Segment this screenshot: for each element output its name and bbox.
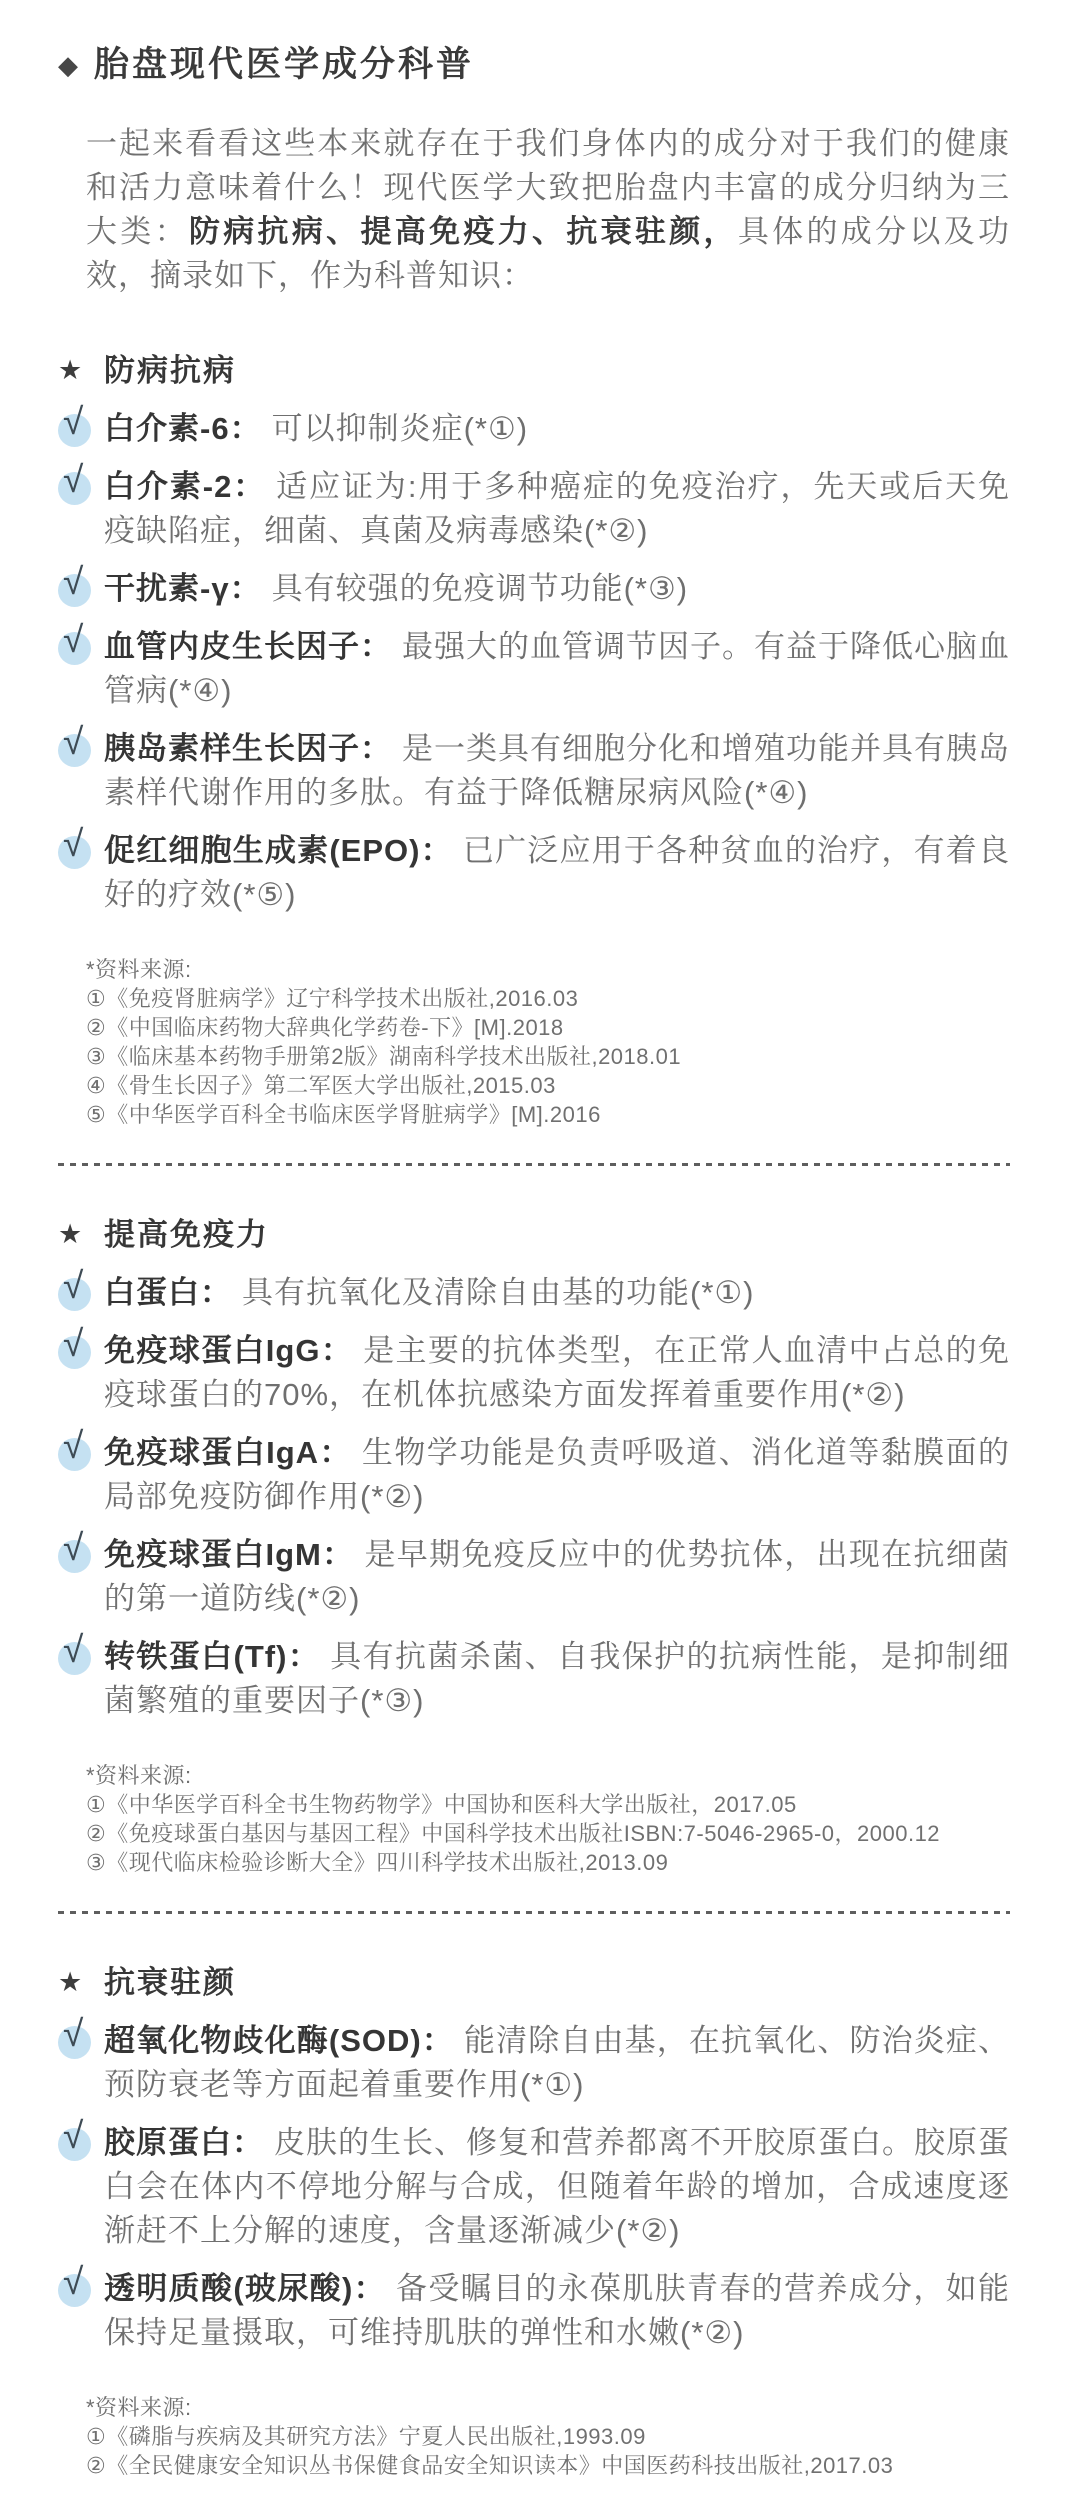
source-line: ①《中华医学百科全书生物药物学》中国协和医科大学出版社，2017.05	[86, 1790, 1010, 1819]
check-icon: √	[58, 727, 104, 771]
item-text: 白蛋白：具有抗氧化及清除自由基的功能(*①)	[104, 1271, 1010, 1315]
check-icon: √	[58, 2019, 104, 2063]
item-term: 白介素-6：	[104, 411, 262, 446]
item-term: 胶原蛋白：	[104, 2125, 264, 2160]
item-term: 血管内皮生长因子：	[104, 629, 392, 664]
item-term: 促红细胞生成素(EPO)：	[104, 833, 453, 868]
list-item: √ 白蛋白：具有抗氧化及清除自由基的功能(*①)	[58, 1271, 1010, 1315]
check-icon: √	[58, 625, 104, 669]
item-desc: 具有较强的免疫调节功能(*③)	[272, 571, 689, 606]
check-icon: √	[58, 407, 104, 451]
section-divider	[58, 1911, 1010, 1914]
intro-paragraph: 一起来看看这些本来就存在于我们身体内的成分对于我们的健康和活力意味着什么！现代医…	[86, 122, 1010, 298]
source-line: ①《磷脂与疾病及其研究方法》宁夏人民出版社,1993.09	[86, 2422, 1010, 2451]
section-header: ★ 提高免疫力	[58, 1212, 1010, 1257]
star-icon: ★	[58, 1212, 104, 1257]
list-item: √ 免疫球蛋白IgA：生物学功能是负责呼吸道、消化道等黏膜面的局部免疫防御作用(…	[58, 1431, 1010, 1519]
list-item: √ 白介素-2：适应证为:用于多种癌症的免疫治疗，先天或后天免疫缺陷症，细菌、真…	[58, 465, 1010, 553]
source-line: ⑤《中华医学百科全书临床医学肾脏病学》[M].2016	[86, 1100, 1010, 1129]
check-icon: √	[58, 1431, 104, 1475]
item-text: 血管内皮生长因子：最强大的血管调节因子。有益于降低心脑血管病(*④)	[104, 625, 1010, 713]
sources-label: *资料来源:	[86, 1761, 1010, 1790]
section-item-list: √ 白介素-6：可以抑制炎症(*①) √ 白介素-2：适应证为:用于多种癌症的免…	[58, 407, 1010, 917]
item-text: 白介素-2：适应证为:用于多种癌症的免疫治疗，先天或后天免疫缺陷症，细菌、真菌及…	[104, 465, 1010, 553]
list-item: √ 血管内皮生长因子：最强大的血管调节因子。有益于降低心脑血管病(*④)	[58, 625, 1010, 713]
item-term: 透明质酸(玻尿酸)：	[104, 2271, 386, 2306]
sources-label: *资料来源:	[86, 955, 1010, 984]
item-term: 胰岛素样生长因子：	[104, 731, 392, 766]
section-title: 防病抗病	[104, 348, 236, 393]
item-text: 白介素-6：可以抑制炎症(*①)	[104, 407, 1010, 451]
list-item: √ 胰岛素样生长因子：是一类具有细胞分化和增殖功能并具有胰岛素样代谢作用的多肽。…	[58, 727, 1010, 815]
item-text: 胰岛素样生长因子：是一类具有细胞分化和增殖功能并具有胰岛素样代谢作用的多肽。有益…	[104, 727, 1010, 815]
item-text: 超氧化物歧化酶(SOD)：能清除自由基，在抗氧化、防治炎症、预防衰老等方面起着重…	[104, 2019, 1010, 2107]
intro-text-bold: 防病抗病、提高免疫力、抗衰驻颜，	[189, 214, 738, 249]
list-item: √ 胶原蛋白：皮肤的生长、修复和营养都离不开胶原蛋白。胶原蛋白会在体内不停地分解…	[58, 2121, 1010, 2253]
list-item: √ 干扰素-γ：具有较强的免疫调节功能(*③)	[58, 567, 1010, 611]
section-title: 抗衰驻颜	[104, 1960, 236, 2005]
document-title-row: ◆ 胎盘现代医学成分科普	[58, 42, 1010, 88]
item-text: 免疫球蛋白IgG：是主要的抗体类型，在正常人血清中占总的免疫球蛋白的70%，在机…	[104, 1329, 1010, 1417]
item-text: 免疫球蛋白IgA：生物学功能是负责呼吸道、消化道等黏膜面的局部免疫防御作用(*②…	[104, 1431, 1010, 1519]
check-icon: √	[58, 567, 104, 611]
list-item: √ 白介素-6：可以抑制炎症(*①)	[58, 407, 1010, 451]
item-text: 胶原蛋白：皮肤的生长、修复和营养都离不开胶原蛋白。胶原蛋白会在体内不停地分解与合…	[104, 2121, 1010, 2253]
source-line: ②《免疫球蛋白基因与基因工程》中国科学技术出版社ISBN:7-5046-2965…	[86, 1819, 1010, 1848]
item-term: 超氧化物歧化酶(SOD)：	[104, 2023, 454, 2058]
item-term: 免疫球蛋白IgG：	[104, 1333, 353, 1368]
check-icon: √	[58, 829, 104, 873]
page-title: 胎盘现代医学成分科普	[94, 42, 474, 88]
source-line: ④《骨生长因子》第二军医大学出版社,2015.03	[86, 1071, 1010, 1100]
list-item: √ 促红细胞生成素(EPO)：已广泛应用于各种贫血的治疗，有着良好的疗效(*⑤)	[58, 829, 1010, 917]
check-icon: √	[58, 465, 104, 509]
check-icon: √	[58, 1271, 104, 1315]
section-header: ★ 防病抗病	[58, 348, 1010, 393]
section-divider	[58, 1163, 1010, 1166]
source-line: ③《现代临床检验诊断大全》四川科学技术出版社,2013.09	[86, 1848, 1010, 1877]
item-desc: 可以抑制炎症(*①)	[272, 411, 529, 446]
item-term: 免疫球蛋白IgA：	[104, 1435, 352, 1470]
list-item: √ 超氧化物歧化酶(SOD)：能清除自由基，在抗氧化、防治炎症、预防衰老等方面起…	[58, 2019, 1010, 2107]
list-item: √ 转铁蛋白(Tf)：具有抗菌杀菌、自我保护的抗病性能，是抑制细菌繁殖的重要因子…	[58, 1635, 1010, 1723]
diamond-bullet-icon: ◆	[58, 42, 78, 88]
section-fangbing-kangbing: ★ 防病抗病 √ 白介素-6：可以抑制炎症(*①) √ 白介素-2：适应证为:用…	[58, 348, 1010, 1129]
item-text: 干扰素-γ：具有较强的免疫调节功能(*③)	[104, 567, 1010, 611]
item-text: 透明质酸(玻尿酸)：备受瞩目的永葆肌肤青春的营养成分，如能保持足量摄取，可维持肌…	[104, 2267, 1010, 2355]
list-item: √ 免疫球蛋白IgM：是早期免疫反应中的优势抗体，出现在抗细菌的第一道防线(*②…	[58, 1533, 1010, 1621]
sources-block: *资料来源: ①《免疫肾脏病学》辽宁科学技术出版社,2016.03 ②《中国临床…	[86, 955, 1010, 1129]
item-text: 促红细胞生成素(EPO)：已广泛应用于各种贫血的治疗，有着良好的疗效(*⑤)	[104, 829, 1010, 917]
section-header: ★ 抗衰驻颜	[58, 1960, 1010, 2005]
item-term: 白蛋白：	[104, 1275, 232, 1310]
item-text: 免疫球蛋白IgM：是早期免疫反应中的优势抗体，出现在抗细菌的第一道防线(*②)	[104, 1533, 1010, 1621]
item-term: 干扰素-γ：	[104, 571, 262, 606]
section-item-list: √ 超氧化物歧化酶(SOD)：能清除自由基，在抗氧化、防治炎症、预防衰老等方面起…	[58, 2019, 1010, 2355]
section-tigao-mianyili: ★ 提高免疫力 √ 白蛋白：具有抗氧化及清除自由基的功能(*①) √ 免疫球蛋白…	[58, 1212, 1010, 1877]
star-icon: ★	[58, 1960, 104, 2005]
item-term: 白介素-2：	[104, 469, 266, 504]
check-icon: √	[58, 1533, 104, 1577]
source-line: ②《全民健康安全知识丛书保健食品安全知识读本》中国医药科技出版社,2017.03	[86, 2451, 1010, 2480]
check-icon: √	[58, 1329, 104, 1373]
check-icon: √	[58, 1635, 104, 1679]
source-line: ③《临床基本药物手册第2版》湖南科学技术出版社,2018.01	[86, 1042, 1010, 1071]
section-title: 提高免疫力	[104, 1212, 269, 1257]
section-kangshuai-zhuyan: ★ 抗衰驻颜 √ 超氧化物歧化酶(SOD)：能清除自由基，在抗氧化、防治炎症、预…	[58, 1960, 1010, 2480]
sources-label: *资料来源:	[86, 2393, 1010, 2422]
check-icon: √	[58, 2267, 104, 2311]
item-term: 免疫球蛋白IgM：	[104, 1537, 354, 1572]
sources-block: *资料来源: ①《磷脂与疾病及其研究方法》宁夏人民出版社,1993.09 ②《全…	[86, 2393, 1010, 2480]
star-icon: ★	[58, 348, 104, 393]
list-item: √ 免疫球蛋白IgG：是主要的抗体类型，在正常人血清中占总的免疫球蛋白的70%，…	[58, 1329, 1010, 1417]
source-line: ②《中国临床药物大辞典化学药卷-下》[M].2018	[86, 1013, 1010, 1042]
list-item: √ 透明质酸(玻尿酸)：备受瞩目的永葆肌肤青春的营养成分，如能保持足量摄取，可维…	[58, 2267, 1010, 2355]
source-line: ①《免疫肾脏病学》辽宁科学技术出版社,2016.03	[86, 984, 1010, 1013]
item-desc: 具有抗氧化及清除自由基的功能(*①)	[242, 1275, 755, 1310]
item-term: 转铁蛋白(Tf)：	[104, 1639, 320, 1674]
sources-block: *资料来源: ①《中华医学百科全书生物药物学》中国协和医科大学出版社，2017.…	[86, 1761, 1010, 1877]
document-page: ◆ 胎盘现代医学成分科普 一起来看看这些本来就存在于我们身体内的成分对于我们的健…	[0, 0, 1080, 2514]
check-icon: √	[58, 2121, 104, 2165]
section-item-list: √ 白蛋白：具有抗氧化及清除自由基的功能(*①) √ 免疫球蛋白IgG：是主要的…	[58, 1271, 1010, 1723]
item-text: 转铁蛋白(Tf)：具有抗菌杀菌、自我保护的抗病性能，是抑制细菌繁殖的重要因子(*…	[104, 1635, 1010, 1723]
